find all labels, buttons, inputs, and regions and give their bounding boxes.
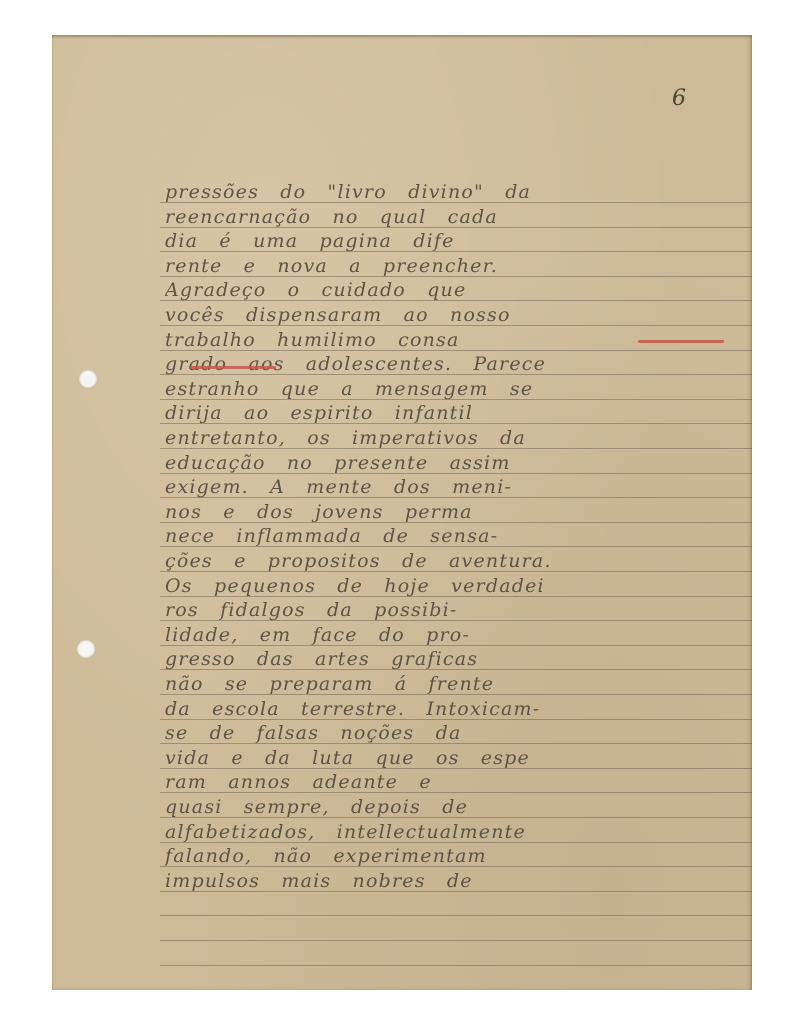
handwritten-line: vocês dispensaram ao nosso (165, 303, 750, 327)
handwritten-line: Agradeço o cuidado que (165, 278, 750, 302)
handwritten-line: pressões do "livro divino" da (165, 180, 750, 204)
handwritten-line: ções e propositos de aventura. (165, 549, 750, 573)
handwritten-line: da escola terrestre. Intoxicam- (165, 697, 750, 721)
handwritten-line: grado aos adolescentes. Parece (165, 352, 750, 376)
handwritten-line: gresso das artes graficas (165, 647, 750, 671)
handwritten-line: rente e nova a preencher. (165, 254, 750, 278)
ruled-line (160, 915, 752, 916)
handwritten-line: nece inflammada de sensa- (165, 524, 750, 548)
handwritten-line: ros fidalgos da possibi- (165, 598, 750, 622)
punch-hole-top (79, 370, 97, 388)
handwritten-line: ram annos adeante e (165, 770, 750, 794)
handwritten-line: dirija ao espirito infantil (165, 401, 750, 425)
handwritten-line: nos e dos jovens perma (165, 500, 750, 524)
red-underline-ao-nosso (638, 340, 724, 343)
handwritten-line: exigem. A mente dos meni- (165, 475, 750, 499)
handwritten-line: se de falsas noções da (165, 721, 750, 745)
punch-hole-bottom (77, 640, 95, 658)
ruled-line (160, 965, 752, 966)
handwritten-line: alfabetizados, intellectualmente (165, 820, 750, 844)
handwritten-line: vida e da luta que os espe (165, 746, 750, 770)
handwritten-line: Os pequenos de hoje verdadei (165, 574, 750, 598)
red-underline-trabalho (190, 366, 276, 369)
handwritten-line: entretanto, os imperativos da (165, 426, 750, 450)
handwritten-line: educação no presente assim (165, 451, 750, 475)
handwritten-line: impulsos mais nobres de (165, 869, 750, 893)
page-number: 6 (672, 86, 686, 111)
handwritten-line: falando, não experimentam (165, 844, 750, 868)
handwritten-line: quasi sempre, depois de (165, 795, 750, 819)
handwritten-line: estranho que a mensagem se (165, 377, 750, 401)
handwritten-line: dia é uma pagina dife (165, 229, 750, 253)
handwritten-line: não se preparam á frente (165, 672, 750, 696)
handwritten-line: reencarnação no qual cada (165, 205, 750, 229)
ruled-line (160, 940, 752, 941)
handwritten-line: lidade, em face do pro- (165, 623, 750, 647)
